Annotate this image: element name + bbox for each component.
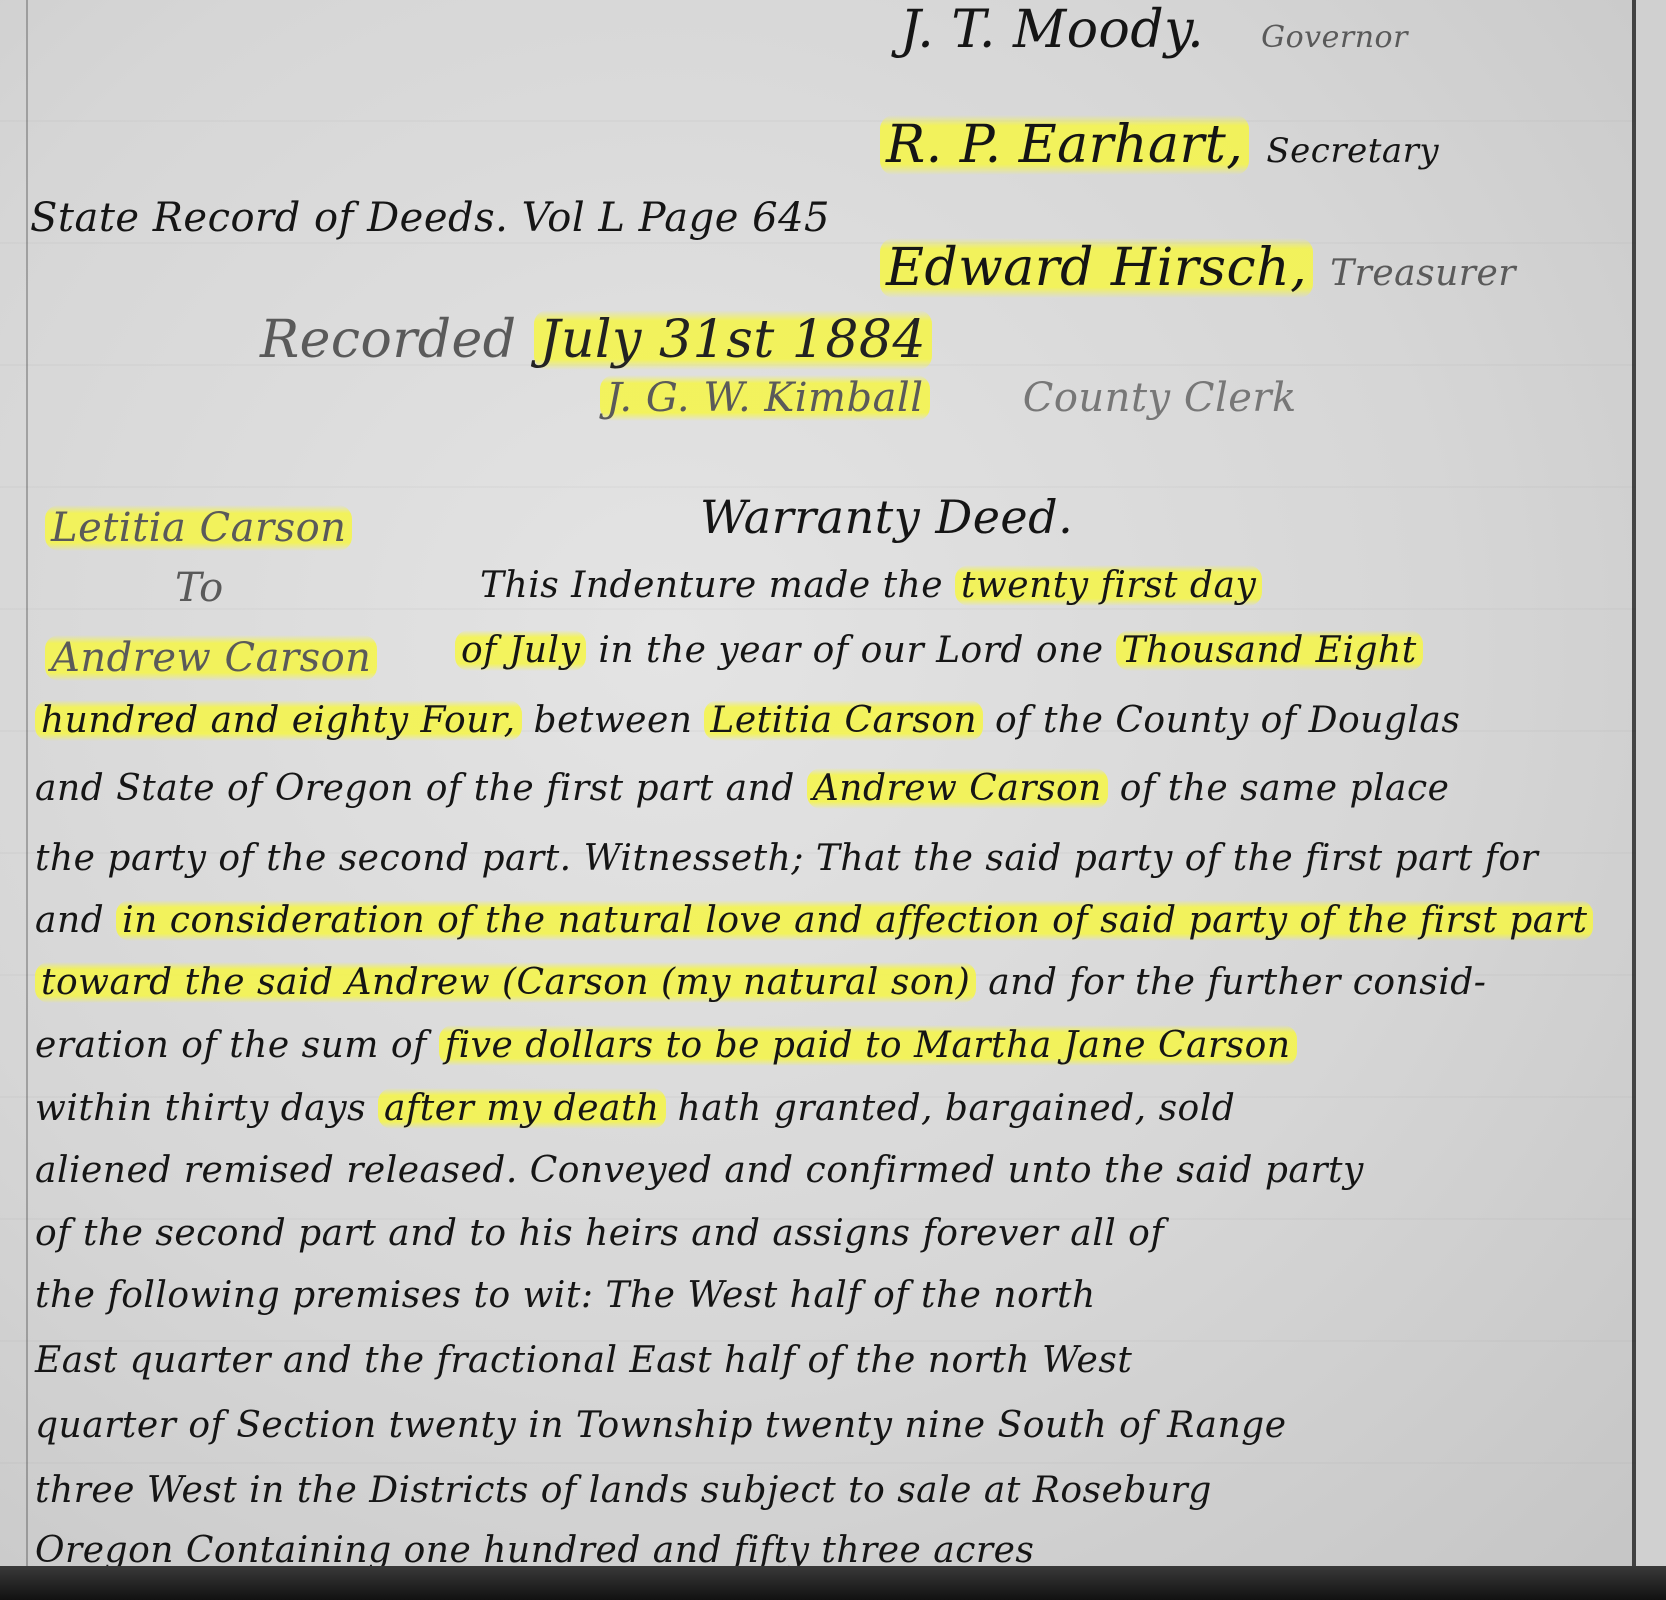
highlighted-text: twenty first day [955,565,1262,606]
deed-body-line: This Indenture made the twenty first day [480,565,1262,606]
body-text: and State of Oregon of the first part an… [35,768,807,809]
right-page-edge [1636,0,1666,1566]
body-text: three West in the Districts of lands sub… [35,1470,1212,1511]
highlighted-text: Letitia Carson [704,700,983,741]
highlighted-text: of July [455,630,586,671]
left-margin-rule [26,0,28,1600]
margin-grantor: Letitia Carson [45,505,352,551]
governor-name: J. T. Moody. [900,0,1204,60]
body-text: hath granted, bargained, sold [666,1088,1236,1129]
secretary-name: R. P. Earhart, [880,115,1249,175]
body-text: eration of the sum of [35,1025,439,1066]
deed-body-line: toward the said Andrew (Carson (my natur… [35,962,1486,1003]
deed-body-line: hundred and eighty Four, between Letitia… [35,700,1460,741]
highlighted-text: after my death [378,1088,666,1129]
body-text: of the second part and to his heirs and … [35,1213,1164,1254]
scan-bottom-edge [0,1566,1666,1600]
highlighted-text: Andrew Carson [807,768,1108,809]
clerk-name: J. G. W. Kimball [600,375,930,421]
body-text: aliened remised released. Conveyed and c… [35,1150,1364,1191]
clerk-title: County Clerk [1023,375,1297,421]
deed-body-line: Oregon Containing one hundred and fifty … [35,1530,1034,1571]
deed-body-line: of July in the year of our Lord one Thou… [455,630,1423,671]
recorded-date: July 31st 1884 [534,310,933,370]
body-text: quarter of Section twenty in Township tw… [35,1405,1287,1446]
secretary-title: Secretary [1266,131,1439,171]
deed-body-line: the party of the second part. Witnesseth… [35,838,1538,879]
deed-title: Warranty Deed. [700,490,1073,544]
body-text: between [522,700,705,741]
body-text: in the year of our Lord one [586,630,1115,671]
body-text: of the same place [1108,768,1450,809]
treasurer-name: Edward Hirsch, [880,238,1313,298]
body-text: and [35,900,116,941]
deed-body-line: three West in the Districts of lands sub… [35,1470,1212,1511]
margin-grantee: Andrew Carson [45,635,377,681]
body-text: and for the further consid- [976,962,1486,1003]
body-text: the party of the second part. Witnesseth… [35,838,1538,879]
highlighted-text: hundred and eighty Four, [35,700,522,741]
highlighted-text: toward the said Andrew (Carson (my natur… [35,962,976,1003]
signature-governor: J. T. Moody. Governor [900,0,1408,60]
signature-treasurer: Edward Hirsch, Treasurer [880,238,1516,298]
deed-body-line: East quarter and the fractional East hal… [35,1340,1132,1381]
deed-body-line: quarter of Section twenty in Township tw… [35,1405,1287,1446]
highlighted-text: Thousand Eight [1116,630,1423,671]
margin-to: To [175,565,224,611]
highlighted-text: in consideration of the natural love and… [116,900,1593,941]
right-margin-rule [1632,0,1636,1600]
deed-body-line: and State of Oregon of the first part an… [35,768,1449,809]
deed-body-line: the following premises to wit: The West … [35,1275,1096,1316]
deed-body-line: and in consideration of the natural love… [35,900,1593,941]
clerk-signature: J. G. W. Kimball County Clerk [600,375,1297,421]
recorded-line: Recorded July 31st 1884 [260,310,932,370]
deed-scan: J. T. Moody. Governor R. P. Earhart, Sec… [0,0,1666,1600]
highlighted-text: five dollars to be paid to Martha Jane C… [439,1025,1297,1066]
body-text: This Indenture made the [480,565,955,606]
signature-secretary: R. P. Earhart, Secretary [880,115,1439,175]
body-text: East quarter and the fractional East hal… [35,1340,1132,1381]
treasurer-title: Treasurer [1330,253,1516,294]
body-text: within thirty days [35,1088,378,1129]
recorded-label: Recorded [260,310,517,370]
grantee-name: Andrew Carson [45,635,377,681]
body-text: the following premises to wit: The West … [35,1275,1096,1316]
governor-title: Governor [1261,20,1408,55]
body-text: Oregon Containing one hundred and fifty … [35,1530,1034,1571]
deed-body-line: within thirty days after my death hath g… [35,1088,1235,1129]
body-text: of the County of Douglas [983,700,1460,741]
deed-body-line: eration of the sum of five dollars to be… [35,1025,1297,1066]
grantor-name: Letitia Carson [45,505,352,551]
deed-body-line: aliened remised released. Conveyed and c… [35,1150,1364,1191]
record-reference: State Record of Deeds. Vol L Page 645 [30,195,830,241]
deed-body-line: of the second part and to his heirs and … [35,1213,1164,1254]
